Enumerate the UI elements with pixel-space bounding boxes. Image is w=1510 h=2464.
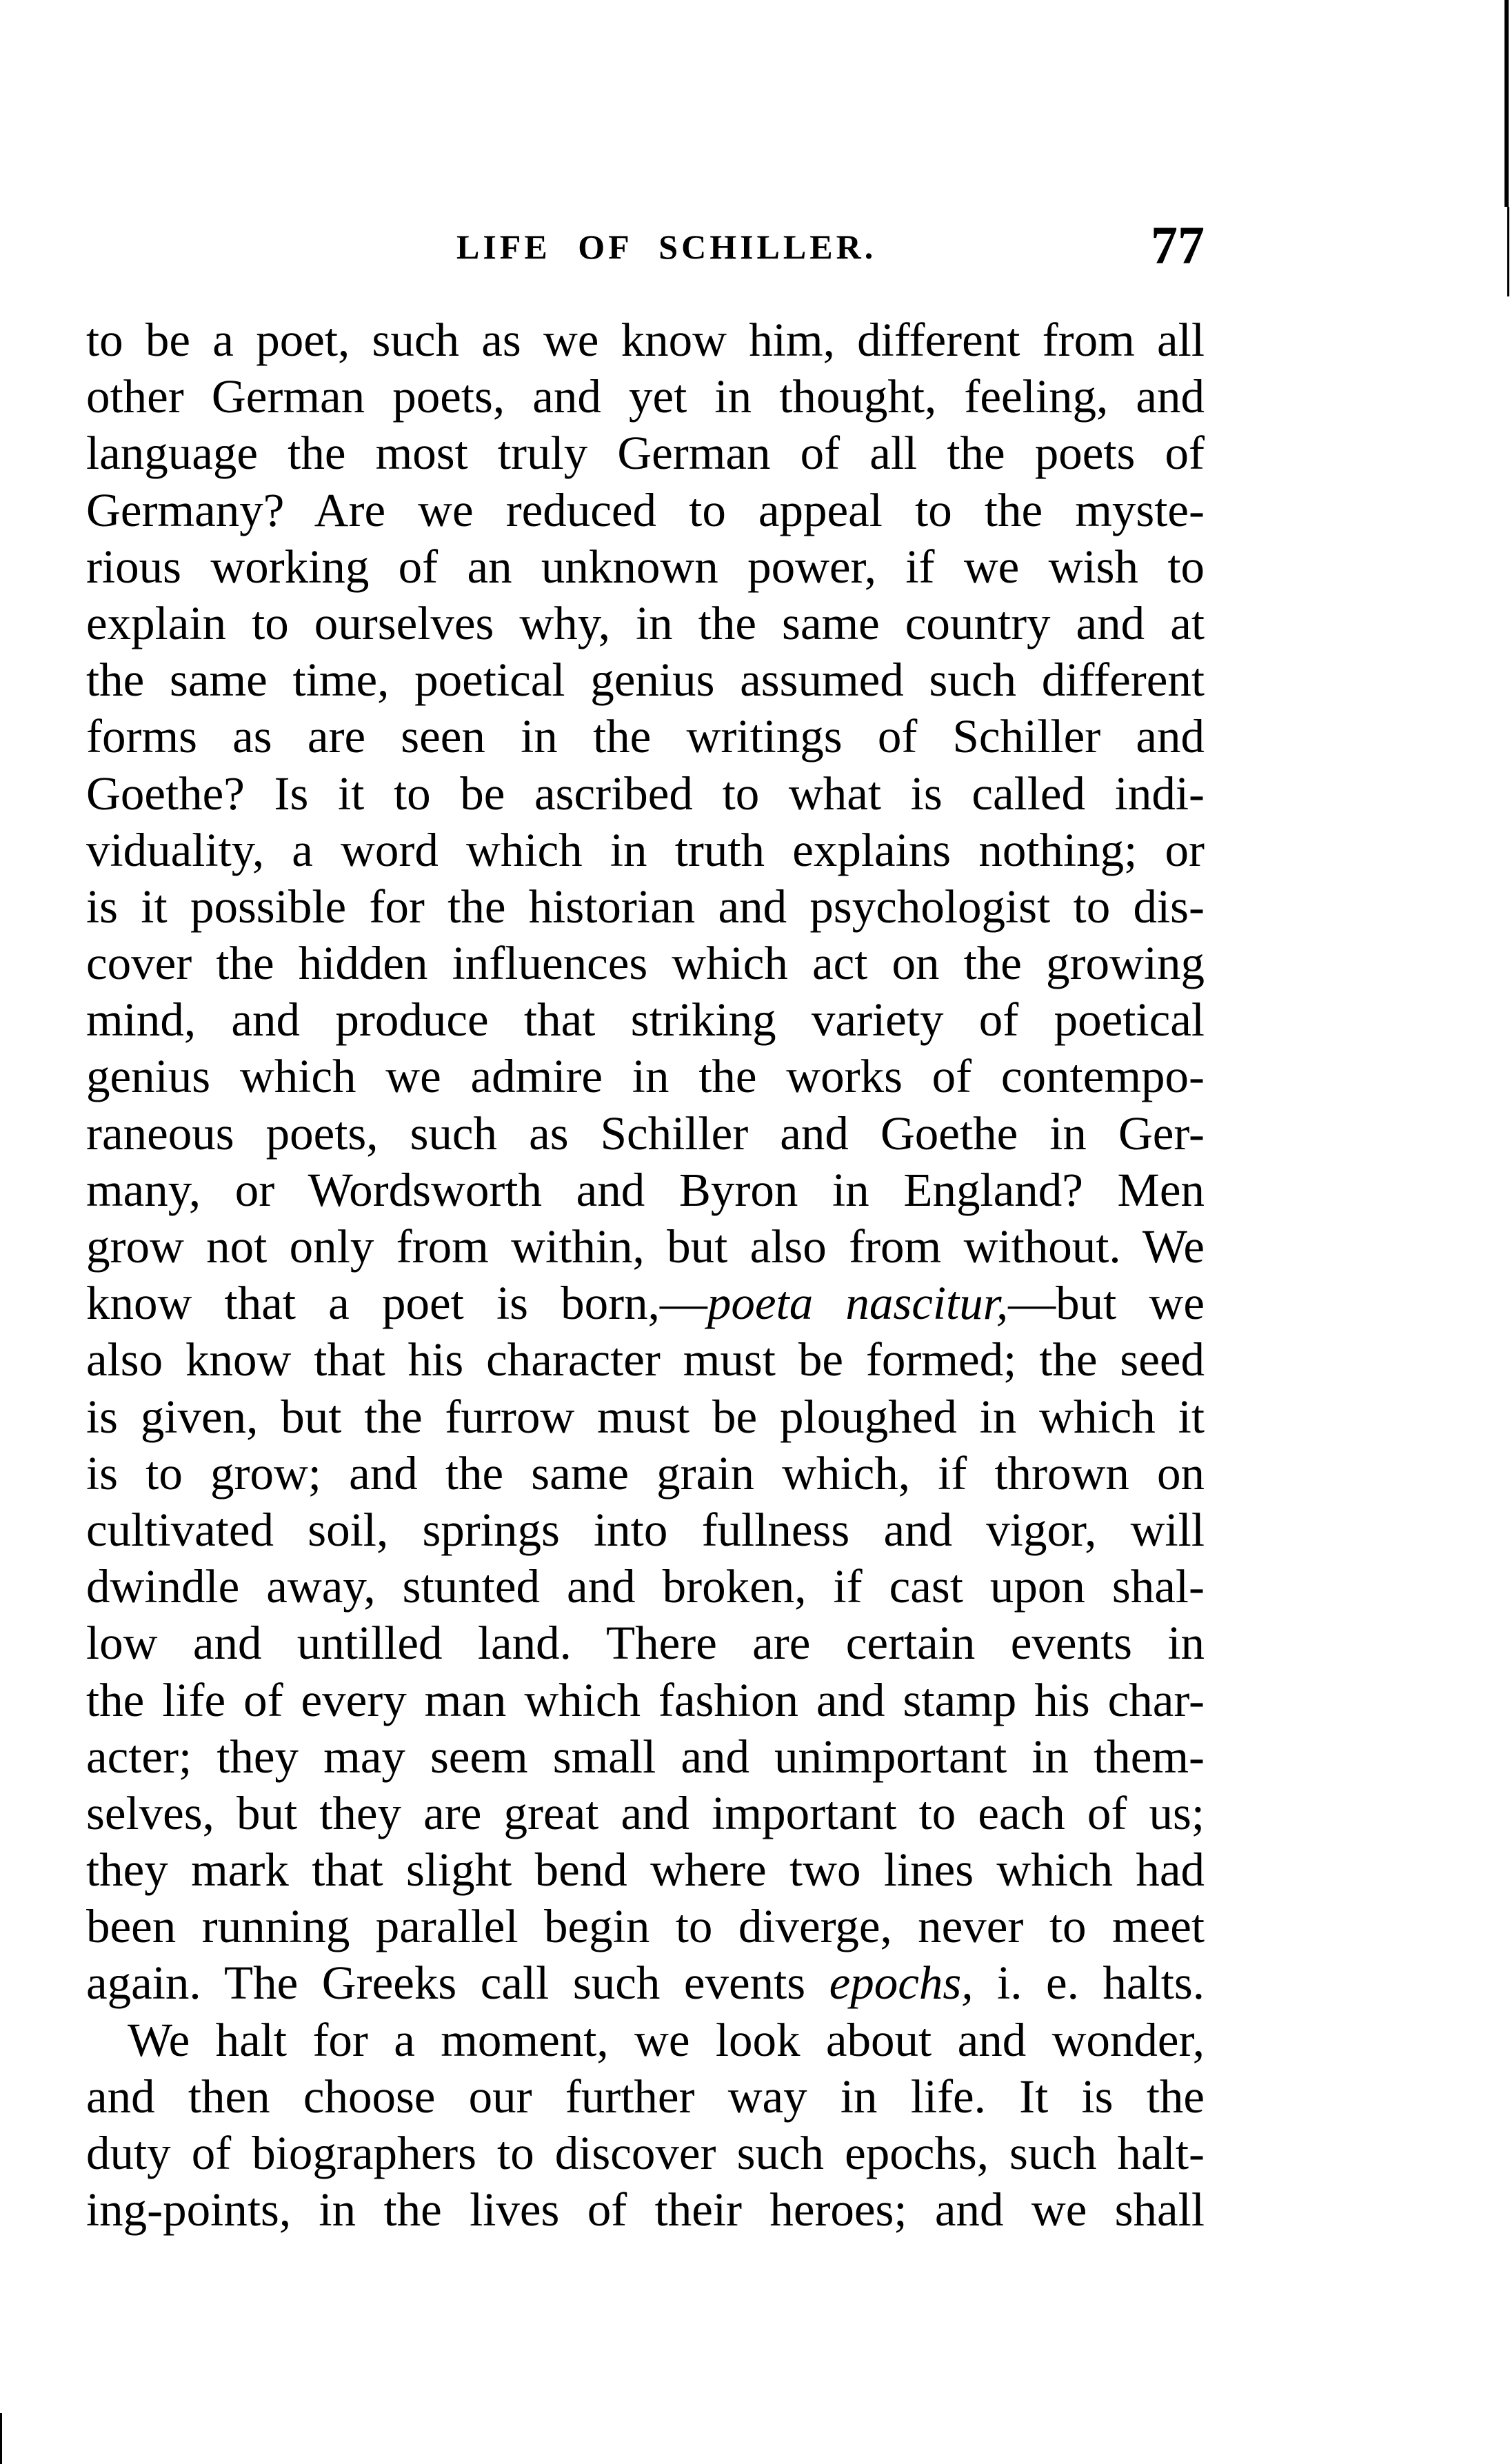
running-title: LIFE OF SCHILLER. bbox=[456, 219, 876, 274]
text-line: We halt for a moment, we look about and … bbox=[86, 2012, 1205, 2068]
text-line: explain to ourselves why, in the same co… bbox=[86, 595, 1205, 652]
text-line: genius which we admire in the works of c… bbox=[86, 1048, 1205, 1104]
text-line: is to grow; and the same grain which, if… bbox=[86, 1445, 1205, 1502]
text-line: language the most truly German of all th… bbox=[86, 425, 1205, 481]
page-number: 77 bbox=[1151, 218, 1205, 273]
text-line-with-italic: know that a poet is born,—poeta nascitur… bbox=[86, 1275, 1205, 1331]
text-line: raneous poets, such as Schiller and Goet… bbox=[86, 1105, 1205, 1162]
scan-edge-line-right bbox=[1504, 0, 1509, 207]
text-line: they mark that slight bend where two lin… bbox=[86, 1841, 1205, 1898]
text-run: —but we bbox=[1008, 1277, 1205, 1329]
text-line: is it possible for the historian and psy… bbox=[86, 878, 1205, 935]
text-line: also know that his character must be for… bbox=[86, 1331, 1205, 1388]
text-line: low and untilled land. There are certain… bbox=[86, 1615, 1205, 1671]
text-line: the same time, poetical genius assumed s… bbox=[86, 652, 1205, 708]
text-line: Germany? Are we reduced to appeal to the… bbox=[86, 482, 1205, 538]
text-line: other German poets, and yet in thought, … bbox=[86, 368, 1205, 425]
scan-edge-line-right-lower bbox=[1507, 207, 1509, 296]
italic-phrase-poeta-nascitur: poeta nascitur, bbox=[707, 1277, 1008, 1329]
text-line: ing-points, in the lives of their heroes… bbox=[86, 2181, 1205, 2238]
text-line: mind, and produce that striking variety … bbox=[86, 991, 1205, 1048]
text-line: cultivated soil, springs into fullness a… bbox=[86, 1502, 1205, 1558]
text-line: to be a poet, such as we know him, diffe… bbox=[86, 312, 1205, 368]
paragraph-1: to be a poet, such as we know him, diffe… bbox=[86, 312, 1205, 2012]
scan-edge-line-left bbox=[0, 2413, 2, 2464]
text-line: duty of biographers to discover such epo… bbox=[86, 2125, 1205, 2181]
text-line: grow not only from within, but also from… bbox=[86, 1218, 1205, 1275]
running-head: LIFE OF SCHILLER. 77 bbox=[86, 219, 1205, 274]
text-line: acter; they may seem small and unimporta… bbox=[86, 1728, 1205, 1785]
body-text: to be a poet, such as we know him, diffe… bbox=[86, 312, 1205, 2238]
text-line: dwindle away, stunted and broken, if cas… bbox=[86, 1558, 1205, 1615]
text-line: the life of every man which fashion and … bbox=[86, 1672, 1205, 1728]
text-run: i. e. halts. bbox=[974, 1957, 1205, 2009]
text-line: rious working of an unknown power, if we… bbox=[86, 538, 1205, 595]
paragraph-2: We halt for a moment, we look about and … bbox=[86, 2012, 1205, 2239]
text-line-with-italic: again. The Greeks call such events epoch… bbox=[86, 1955, 1205, 2011]
text-line: been running parallel begin to diverge, … bbox=[86, 1898, 1205, 1955]
text-line: selves, but they are great and important… bbox=[86, 1785, 1205, 1841]
text-line: many, or Wordsworth and Byron in England… bbox=[86, 1162, 1205, 1218]
text-line: viduality, a word which in truth explain… bbox=[86, 822, 1205, 878]
text-line: is given, but the furrow must be ploughe… bbox=[86, 1388, 1205, 1445]
text-line: and then choose our further way in life.… bbox=[86, 2068, 1205, 2125]
text-line: Goethe? Is it to be ascribed to what is … bbox=[86, 765, 1205, 822]
text-line: cover the hidden influences which act on… bbox=[86, 935, 1205, 991]
text-run: again. The Greeks call such events bbox=[86, 1957, 829, 2009]
text-line: forms as are seen in the writings of Sch… bbox=[86, 708, 1205, 765]
italic-word-epochs: epochs, bbox=[829, 1957, 974, 2009]
text-run: know that a poet is born,— bbox=[86, 1277, 707, 1329]
